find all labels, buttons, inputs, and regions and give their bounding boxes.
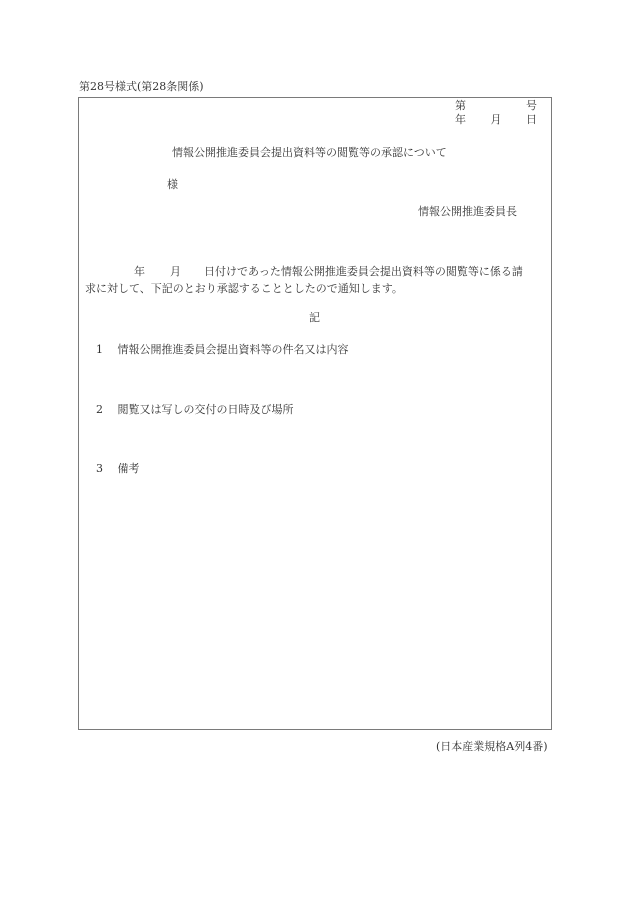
date-year: 年 <box>455 113 466 127</box>
paper-size-note: (日本産業規格A列4番) <box>436 740 548 754</box>
item-number: 2 <box>96 403 114 417</box>
body-year: 年 <box>134 265 145 279</box>
item-label: 備考 <box>118 462 140 475</box>
document-title: 情報公開推進委員会提出資料等の閲覧等の承認について <box>172 146 447 160</box>
doc-no-suffix: 号 <box>526 99 537 113</box>
item-label: 情報公開推進委員会提出資料等の件名又は内容 <box>118 343 349 356</box>
item-2: 2 閲覧又は写しの交付の日時及び場所 <box>96 403 294 417</box>
body-line-1-text: 日付けであった情報公開推進委員会提出資料等の閲覧等に係る請 <box>204 265 523 279</box>
addressee-suffix: 様 <box>167 178 178 192</box>
item-number: 3 <box>96 462 114 476</box>
doc-no-prefix: 第 <box>455 99 466 113</box>
form-number: 第28号様式(第28条関係) <box>79 80 204 94</box>
sender-title: 情報公開推進委員長 <box>418 205 517 219</box>
item-label: 閲覧又は写しの交付の日時及び場所 <box>118 403 294 416</box>
date-day: 日 <box>526 113 537 127</box>
ki-heading: 記 <box>309 311 320 325</box>
date-month: 月 <box>491 113 502 127</box>
item-number: 1 <box>96 343 114 357</box>
body-month: 月 <box>170 265 181 279</box>
document-number-row: 第 号 <box>455 99 537 113</box>
item-3: 3 備考 <box>96 462 140 476</box>
item-1: 1 情報公開推進委員会提出資料等の件名又は内容 <box>96 343 349 357</box>
date-row: 年 月 日 <box>455 113 537 127</box>
body-line-2: 求に対して、下記のとおり承認することとしたので通知します。 <box>85 282 403 296</box>
